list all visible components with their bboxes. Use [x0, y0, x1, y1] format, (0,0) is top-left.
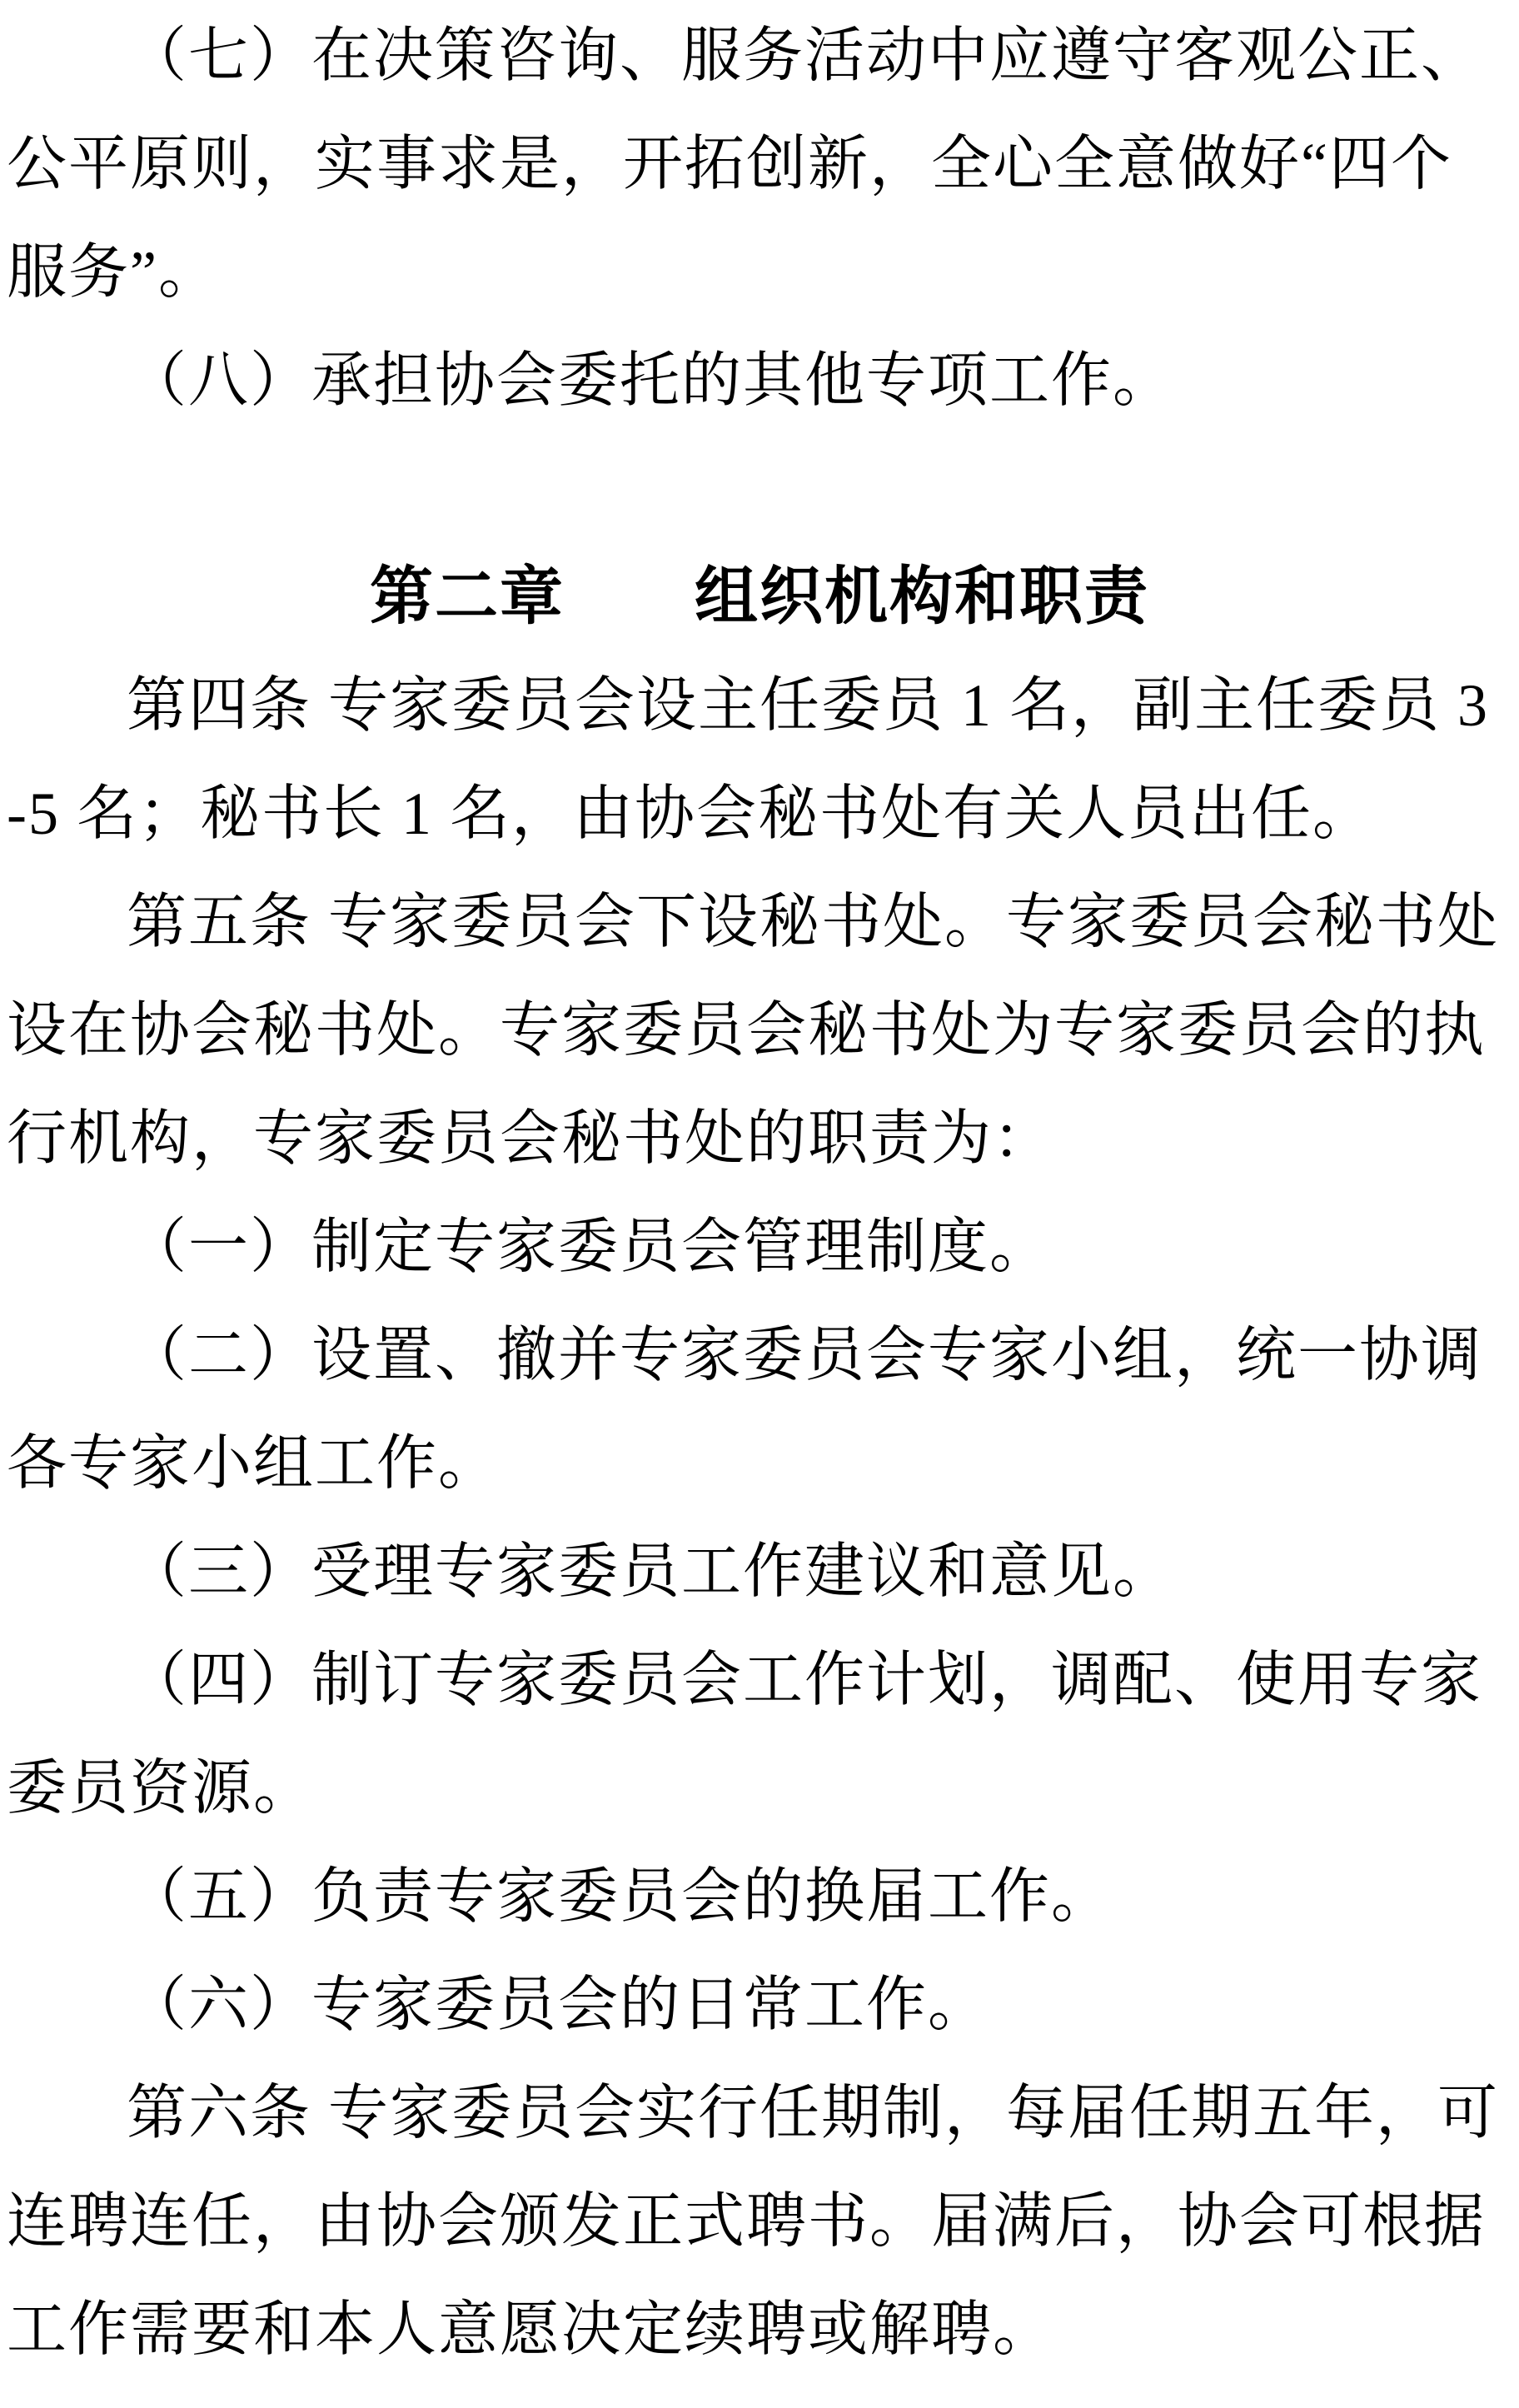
text-line: （六）专家委员会的日常工作。 — [0, 1951, 1519, 2059]
text-line: 委员资源。 — [0, 1734, 1519, 1842]
text-line: （四）制订专家委员会工作计划，调配、使用专家 — [0, 1626, 1519, 1734]
chapter-heading: 第二章 组织机构和职责 — [0, 543, 1519, 651]
text-line: 行机构，专家委员会秘书处的职责为： — [0, 1084, 1519, 1193]
text-line: （二）设置、撤并专家委员会专家小组，统一协调 — [0, 1301, 1519, 1409]
text-line: 第四条 专家委员会设主任委员 1 名，副主任委员 3 — [0, 651, 1519, 760]
text-line: 连聘连任，由协会颁发正式聘书。届满后，协会可根据 — [0, 2167, 1519, 2276]
text-line: 公平原则，实事求是，开拓创新，全心全意做好“四个 — [0, 110, 1519, 218]
document-page: （七）在决策咨询、服务活动中应遵守客观公正、公平原则，实事求是，开拓创新，全心全… — [0, 0, 1519, 2384]
text-line: 第五条 专家委员会下设秘书处。专家委员会秘书处 — [0, 868, 1519, 976]
text-line: （七）在决策咨询、服务活动中应遵守客观公正、 — [0, 2, 1519, 110]
text-line: 工作需要和本人意愿决定续聘或解聘。 — [0, 2276, 1519, 2384]
text-line: （五）负责专家委员会的换届工作。 — [0, 1842, 1519, 1951]
text-line: （一）制定专家委员会管理制度。 — [0, 1193, 1519, 1301]
text-line — [0, 435, 1519, 543]
text-line: （八）承担协会委托的其他专项工作。 — [0, 327, 1519, 435]
text-line: 服务”。 — [0, 218, 1519, 327]
text-line: -5 名；秘书长 1 名，由协会秘书处有关人员出任。 — [0, 760, 1519, 868]
text-line: 设在协会秘书处。专家委员会秘书处为专家委员会的执 — [0, 976, 1519, 1084]
text-line: （三）受理专家委员工作建议和意见。 — [0, 1518, 1519, 1626]
text-line: 各专家小组工作。 — [0, 1409, 1519, 1518]
text-line: 第六条 专家委员会实行任期制，每届任期五年，可 — [0, 2059, 1519, 2167]
